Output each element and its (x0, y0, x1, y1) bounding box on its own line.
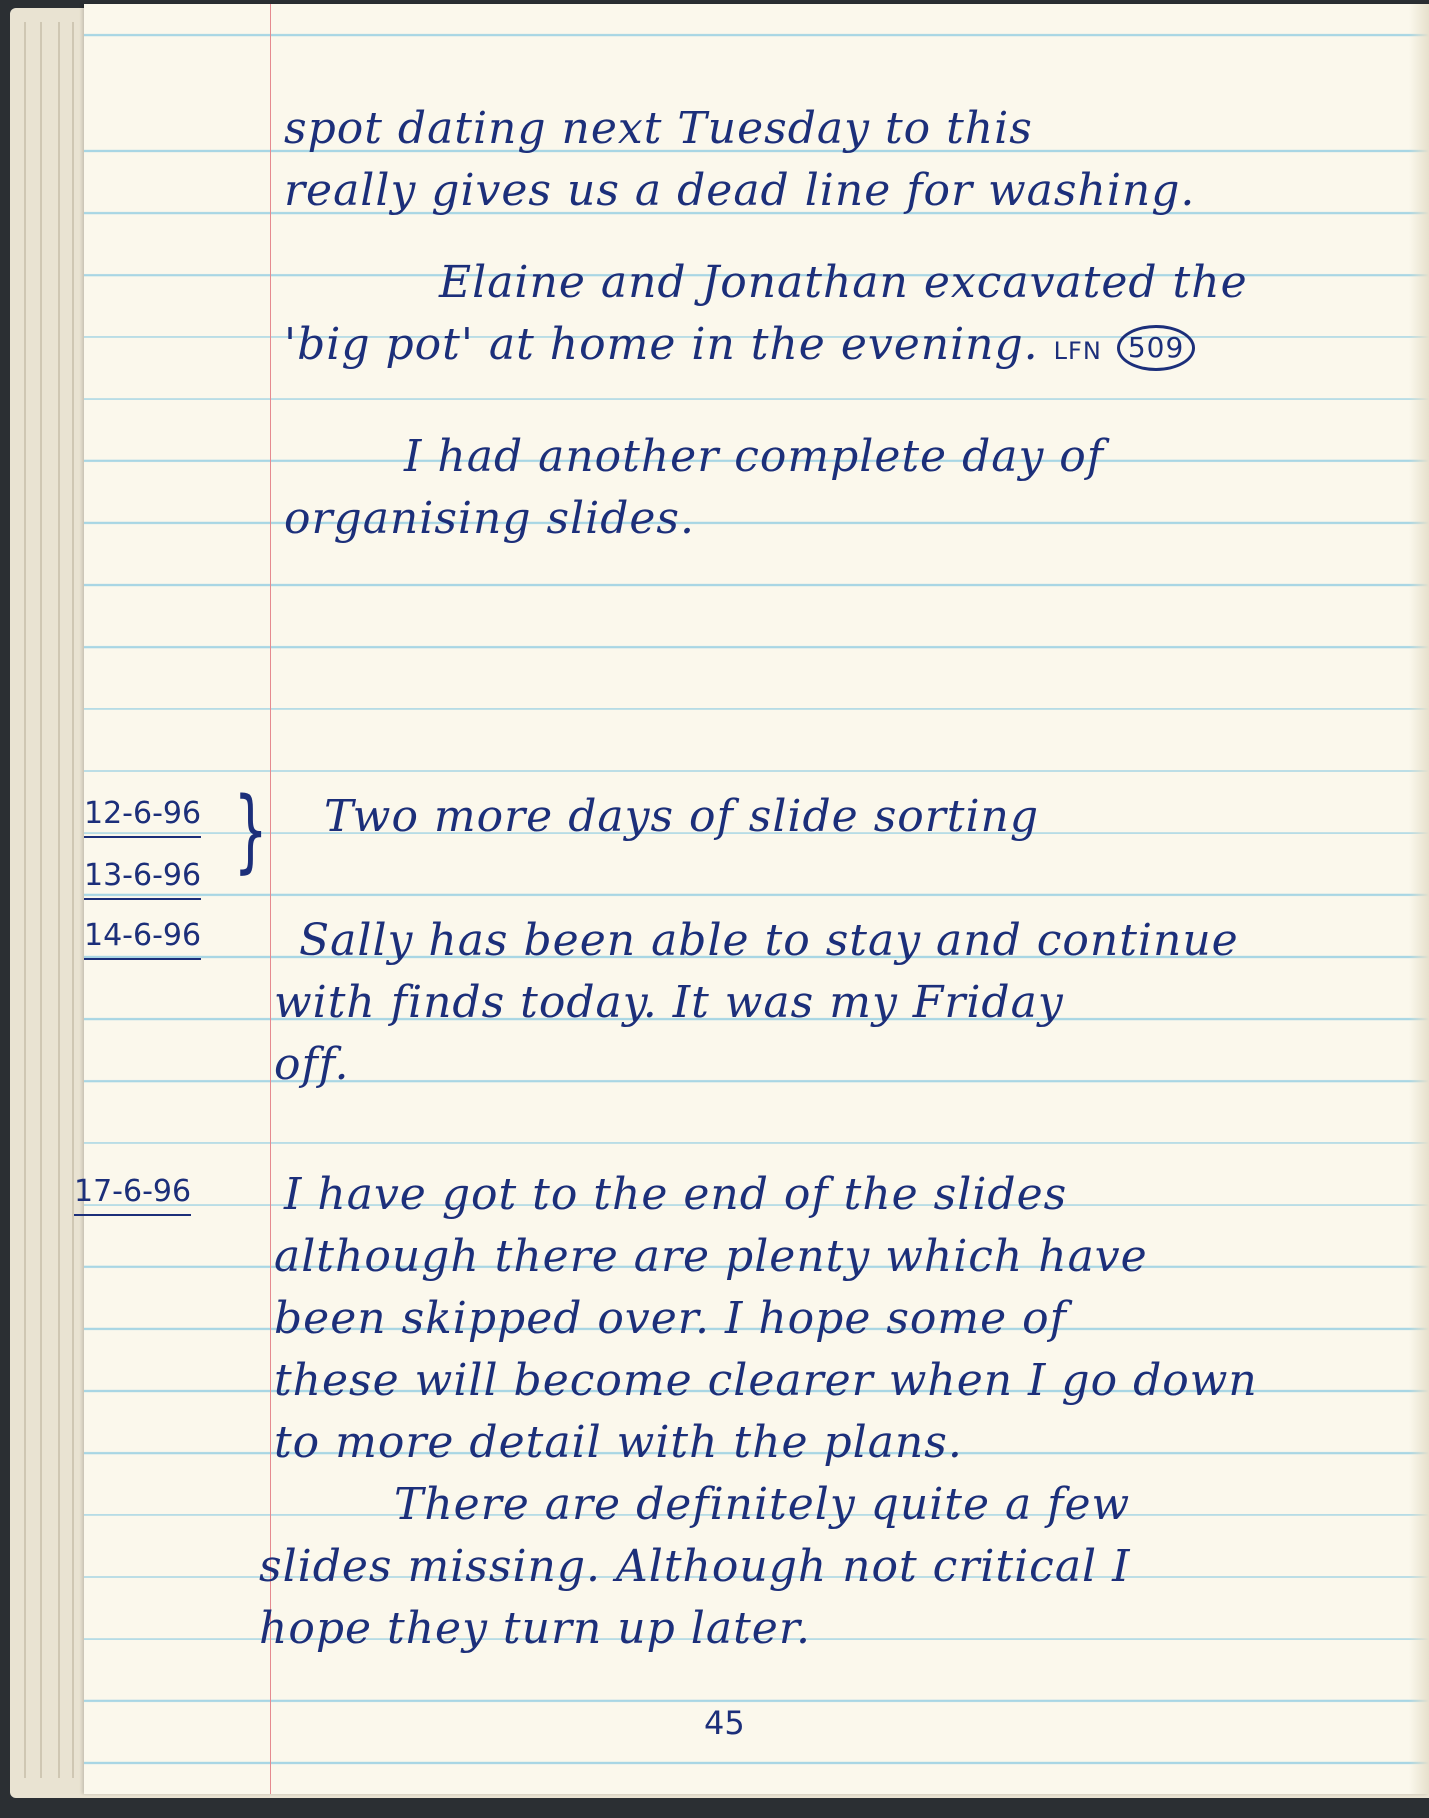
entry-date: 14-6-96 (84, 916, 201, 960)
red-margin-line (270, 4, 271, 1794)
page-edge (40, 22, 42, 1778)
page-edge (72, 22, 74, 1778)
page-fold-shadow (1409, 4, 1429, 1794)
text-line: I have got to the end of the slides (284, 1164, 1067, 1226)
text-line: to more detail with the plans. (274, 1412, 963, 1474)
notebook-page: spot dating next Tuesday to this really … (84, 4, 1429, 1794)
text-line: Sally has been able to stay and continue (299, 910, 1239, 972)
text-line: I had another complete day of (404, 426, 1104, 488)
text-line: been skipped over. I hope some of (274, 1288, 1067, 1350)
text-line: organising slides. (284, 488, 695, 550)
text-line: Elaine and Jonathan excavated the (439, 252, 1248, 314)
text-line: off. (274, 1034, 349, 1096)
date-bracket: } (233, 786, 267, 876)
text-line: There are definitely quite a few (394, 1474, 1130, 1536)
circled-find-number: 509 (1117, 325, 1195, 371)
entry-date: 12-6-96 (84, 794, 201, 838)
page-edge (58, 22, 60, 1778)
text-line: 'big pot' at home in the evening. LFN 50… (284, 314, 1195, 382)
text-line: hope they turn up later. (259, 1598, 811, 1660)
text-line: Two more days of slide sorting (324, 786, 1039, 848)
text-line: slides missing. Although not critical I (259, 1536, 1131, 1598)
entry-date: 13-6-96 (84, 856, 201, 900)
lfn-label: LFN (1054, 337, 1102, 365)
text-line: really gives us a dead line for washing. (284, 160, 1195, 222)
text-line: with finds today. It was my Friday (274, 972, 1064, 1034)
page-edge (24, 22, 26, 1778)
text-span: 'big pot' at home in the evening. (284, 319, 1039, 370)
entry-date: 17-6-96 (74, 1172, 191, 1216)
text-line: although there are plenty which have (274, 1226, 1148, 1288)
page-number: 45 (704, 1704, 745, 1742)
text-line: these will become clearer when I go down (274, 1350, 1258, 1412)
text-line: spot dating next Tuesday to this (284, 98, 1033, 160)
